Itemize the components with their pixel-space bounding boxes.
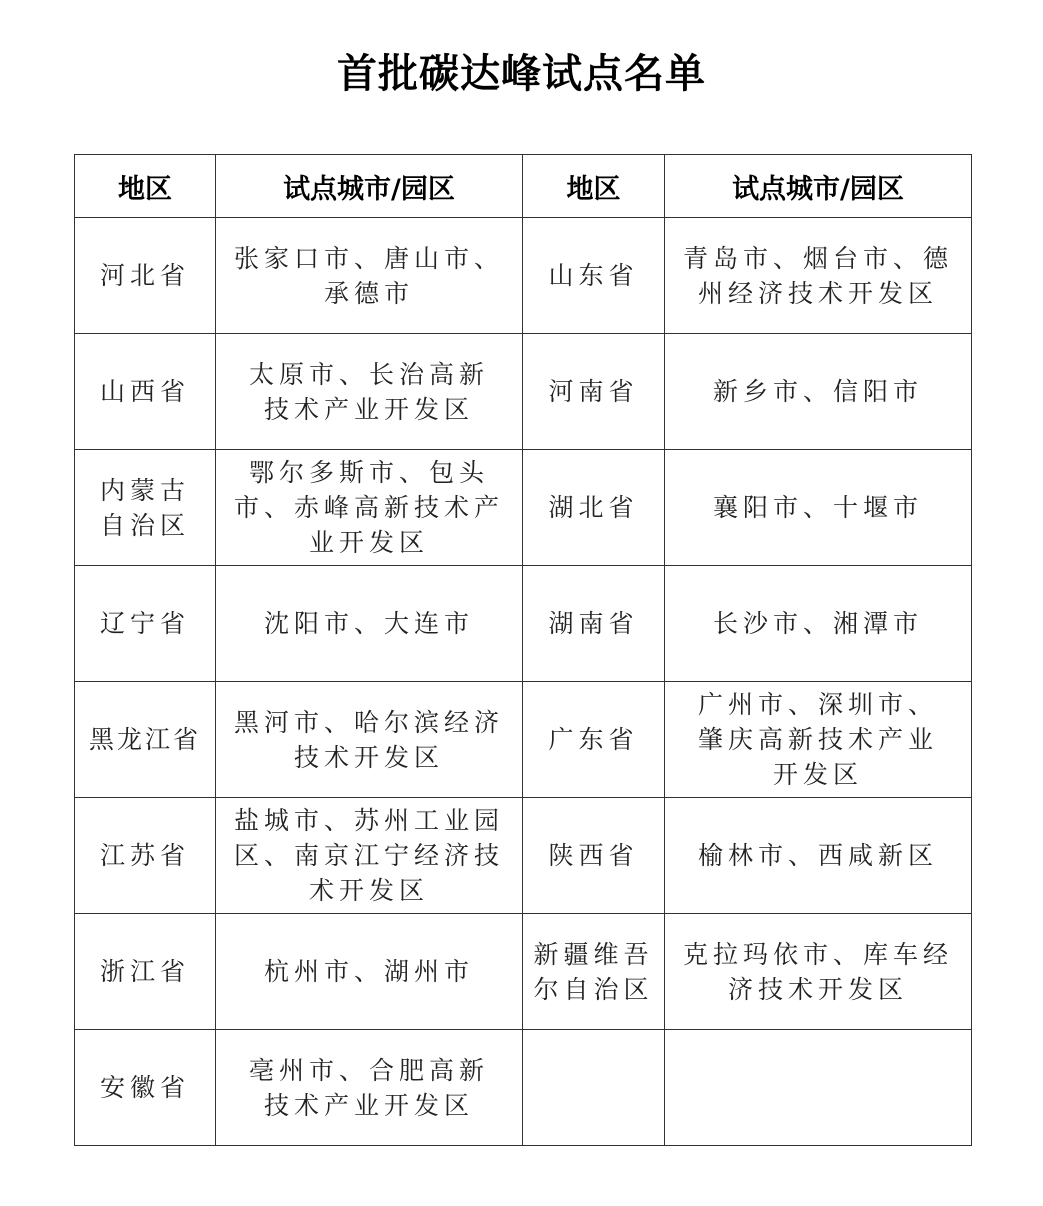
header-region-right: 地区 bbox=[523, 155, 665, 218]
region-cell: 安徽省 bbox=[75, 1030, 216, 1146]
region-cell: 辽宁省 bbox=[75, 566, 216, 682]
region-cell: 河南省 bbox=[523, 334, 665, 450]
table-row: 黑龙江省 黑河市、哈尔滨经济技术开发区 广东省 广州市、深圳市、肇庆高新技术产业… bbox=[75, 682, 972, 798]
table-row: 浙江省 杭州市、湖州市 新疆维吾尔自治区 克拉玛依市、库车经济技术开发区 bbox=[75, 914, 972, 1030]
pilots-cell: 沈阳市、大连市 bbox=[216, 566, 523, 682]
pilots-cell: 襄阳市、十堰市 bbox=[665, 450, 972, 566]
table-row: 山西省 太原市、长治高新技术产业开发区 河南省 新乡市、信阳市 bbox=[75, 334, 972, 450]
region-cell-empty bbox=[523, 1030, 665, 1146]
region-cell: 广东省 bbox=[523, 682, 665, 798]
pilots-cell-empty bbox=[665, 1030, 972, 1146]
region-cell: 新疆维吾尔自治区 bbox=[523, 914, 665, 1030]
pilot-list-table: 地区 试点城市/园区 地区 试点城市/园区 河北省 张家口市、唐山市、承德市 山… bbox=[74, 154, 972, 1146]
region-cell: 陕西省 bbox=[523, 798, 665, 914]
pilots-cell: 黑河市、哈尔滨经济技术开发区 bbox=[216, 682, 523, 798]
pilots-cell: 鄂尔多斯市、包头市、赤峰高新技术产业开发区 bbox=[216, 450, 523, 566]
region-cell: 内蒙古自治区 bbox=[75, 450, 216, 566]
region-cell: 山西省 bbox=[75, 334, 216, 450]
pilots-cell: 长沙市、湘潭市 bbox=[665, 566, 972, 682]
pilots-cell: 青岛市、烟台市、德州经济技术开发区 bbox=[665, 218, 972, 334]
table-row: 内蒙古自治区 鄂尔多斯市、包头市、赤峰高新技术产业开发区 湖北省 襄阳市、十堰市 bbox=[75, 450, 972, 566]
region-cell: 湖南省 bbox=[523, 566, 665, 682]
table-row: 安徽省 亳州市、合肥高新技术产业开发区 bbox=[75, 1030, 972, 1146]
region-cell: 浙江省 bbox=[75, 914, 216, 1030]
header-pilots-right: 试点城市/园区 bbox=[665, 155, 972, 218]
pilots-cell: 广州市、深圳市、肇庆高新技术产业开发区 bbox=[665, 682, 972, 798]
pilots-cell: 张家口市、唐山市、承德市 bbox=[216, 218, 523, 334]
pilots-cell: 太原市、长治高新技术产业开发区 bbox=[216, 334, 523, 450]
pilots-cell: 盐城市、苏州工业园区、南京江宁经济技术开发区 bbox=[216, 798, 523, 914]
table-row: 河北省 张家口市、唐山市、承德市 山东省 青岛市、烟台市、德州经济技术开发区 bbox=[75, 218, 972, 334]
pilots-cell: 杭州市、湖州市 bbox=[216, 914, 523, 1030]
region-cell: 河北省 bbox=[75, 218, 216, 334]
pilots-cell: 新乡市、信阳市 bbox=[665, 334, 972, 450]
region-cell: 江苏省 bbox=[75, 798, 216, 914]
region-cell: 黑龙江省 bbox=[75, 682, 216, 798]
region-cell: 山东省 bbox=[523, 218, 665, 334]
table-row: 辽宁省 沈阳市、大连市 湖南省 长沙市、湘潭市 bbox=[75, 566, 972, 682]
region-cell: 湖北省 bbox=[523, 450, 665, 566]
pilots-cell: 克拉玛依市、库车经济技术开发区 bbox=[665, 914, 972, 1030]
pilots-cell: 亳州市、合肥高新技术产业开发区 bbox=[216, 1030, 523, 1146]
table-header-row: 地区 试点城市/园区 地区 试点城市/园区 bbox=[75, 155, 972, 218]
table-row: 江苏省 盐城市、苏州工业园区、南京江宁经济技术开发区 陕西省 榆林市、西咸新区 bbox=[75, 798, 972, 914]
page-title: 首批碳达峰试点名单 bbox=[0, 42, 1043, 99]
header-region-left: 地区 bbox=[75, 155, 216, 218]
pilots-cell: 榆林市、西咸新区 bbox=[665, 798, 972, 914]
header-pilots-left: 试点城市/园区 bbox=[216, 155, 523, 218]
